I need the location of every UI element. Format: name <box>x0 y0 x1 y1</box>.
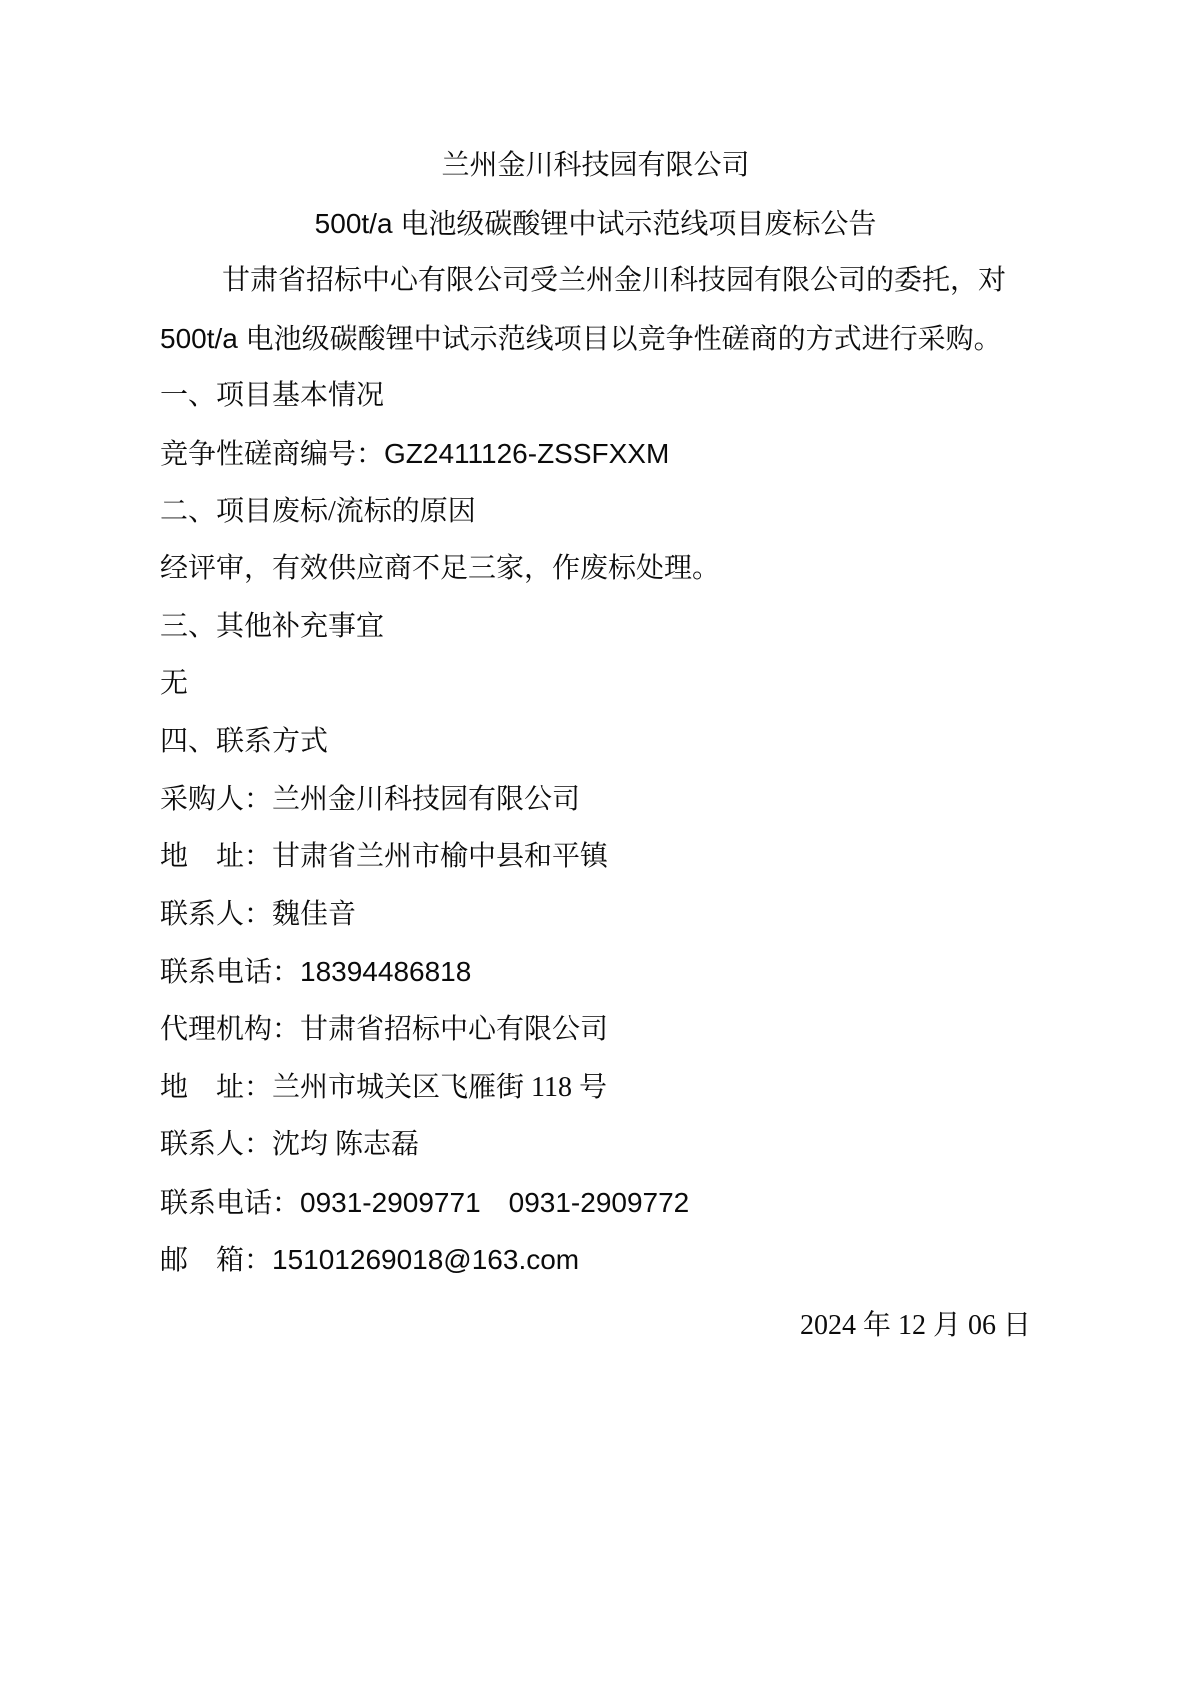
contact-row-agency-person: 联系人：沈均 陈志磊 <box>160 1116 1031 1174</box>
contact-label: 联系人： <box>160 899 272 930</box>
contact-label: 邮 箱： <box>160 1245 272 1276</box>
subtitle-prefix: 500t/a <box>315 208 401 239</box>
section-basic-heading: 一、项目基本情况 <box>160 367 1031 425</box>
contact-label: 地 址： <box>160 1072 272 1103</box>
document-page: 兰州金川科技园有限公司 500t/a 电池级碳酸锂中试示范线项目废标公告 甘肃省… <box>0 0 1191 1684</box>
contact-row-buyer-address: 地 址：甘肃省兰州市榆中县和平镇 <box>160 828 1031 886</box>
contact-row-agency-email: 邮 箱：15101269018@163.com <box>160 1231 1031 1289</box>
contact-value: 兰州市城关区飞雁街 118 号 <box>272 1072 607 1103</box>
intro-line-2-prefix: 500t/a <box>160 323 246 354</box>
section-contact-heading: 四、联系方式 <box>160 713 1031 771</box>
doc-date: 2024 年 12 月 06 日 <box>160 1297 1031 1355</box>
contact-row-buyer: 采购人：兰州金川科技园有限公司 <box>160 771 1031 829</box>
contact-row-buyer-person: 联系人：魏佳音 <box>160 886 1031 944</box>
contact-row-agency-address: 地 址：兰州市城关区飞雁街 118 号 <box>160 1059 1031 1117</box>
intro-line-2: 500t/a 电池级碳酸锂中试示范线项目以竞争性磋商的方式进行采购。 <box>160 310 1031 368</box>
intro-line-1: 甘肃省招标中心有限公司受兰州金川科技园有限公司的委托，对 <box>160 252 1031 310</box>
intro-line-2-text: 电池级碳酸锂中试示范线项目以竞争性磋商的方式进行采购。 <box>246 324 1002 355</box>
section-other-heading: 三、其他补充事宜 <box>160 598 1031 656</box>
doc-title: 兰州金川科技园有限公司 <box>160 137 1031 195</box>
negotiation-number-value: GZ2411126-ZSSFXXM <box>384 438 669 469</box>
subtitle-text: 电池级碳酸锂中试示范线项目废标公告 <box>400 209 876 240</box>
contact-label: 联系人： <box>160 1129 272 1160</box>
doc-subtitle: 500t/a 电池级碳酸锂中试示范线项目废标公告 <box>160 195 1031 253</box>
contact-value: 甘肃省招标中心有限公司 <box>300 1014 608 1045</box>
section-reason-heading: 二、项目废标/流标的原因 <box>160 483 1031 541</box>
contact-value: 兰州金川科技园有限公司 <box>272 784 580 815</box>
contact-label: 地 址： <box>160 841 272 872</box>
contact-label: 代理机构： <box>160 1014 300 1045</box>
contact-label: 采购人： <box>160 784 272 815</box>
contact-value: 沈均 陈志磊 <box>272 1129 419 1160</box>
contact-row-buyer-phone: 联系电话：18394486818 <box>160 943 1031 1001</box>
contact-value: 18394486818 <box>300 956 471 987</box>
negotiation-number-label: 竞争性磋商编号： <box>160 439 384 470</box>
section-other-body: 无 <box>160 655 1031 713</box>
contact-value: 0931-2909771 0931-2909772 <box>300 1187 689 1218</box>
contact-label: 联系电话： <box>160 1188 300 1219</box>
document-body: 兰州金川科技园有限公司 500t/a 电池级碳酸锂中试示范线项目废标公告 甘肃省… <box>160 137 1031 1354</box>
contact-row-agency: 代理机构：甘肃省招标中心有限公司 <box>160 1001 1031 1059</box>
contact-value: 魏佳音 <box>272 899 356 930</box>
section-reason-body: 经评审，有效供应商不足三家，作废标处理。 <box>160 540 1031 598</box>
contact-row-agency-phone: 联系电话：0931-2909771 0931-2909772 <box>160 1174 1031 1232</box>
contact-value: 甘肃省兰州市榆中县和平镇 <box>272 841 608 872</box>
contact-label: 联系电话： <box>160 957 300 988</box>
negotiation-number-row: 竞争性磋商编号：GZ2411126-ZSSFXXM <box>160 425 1031 483</box>
contact-value: 15101269018@163.com <box>272 1244 579 1275</box>
